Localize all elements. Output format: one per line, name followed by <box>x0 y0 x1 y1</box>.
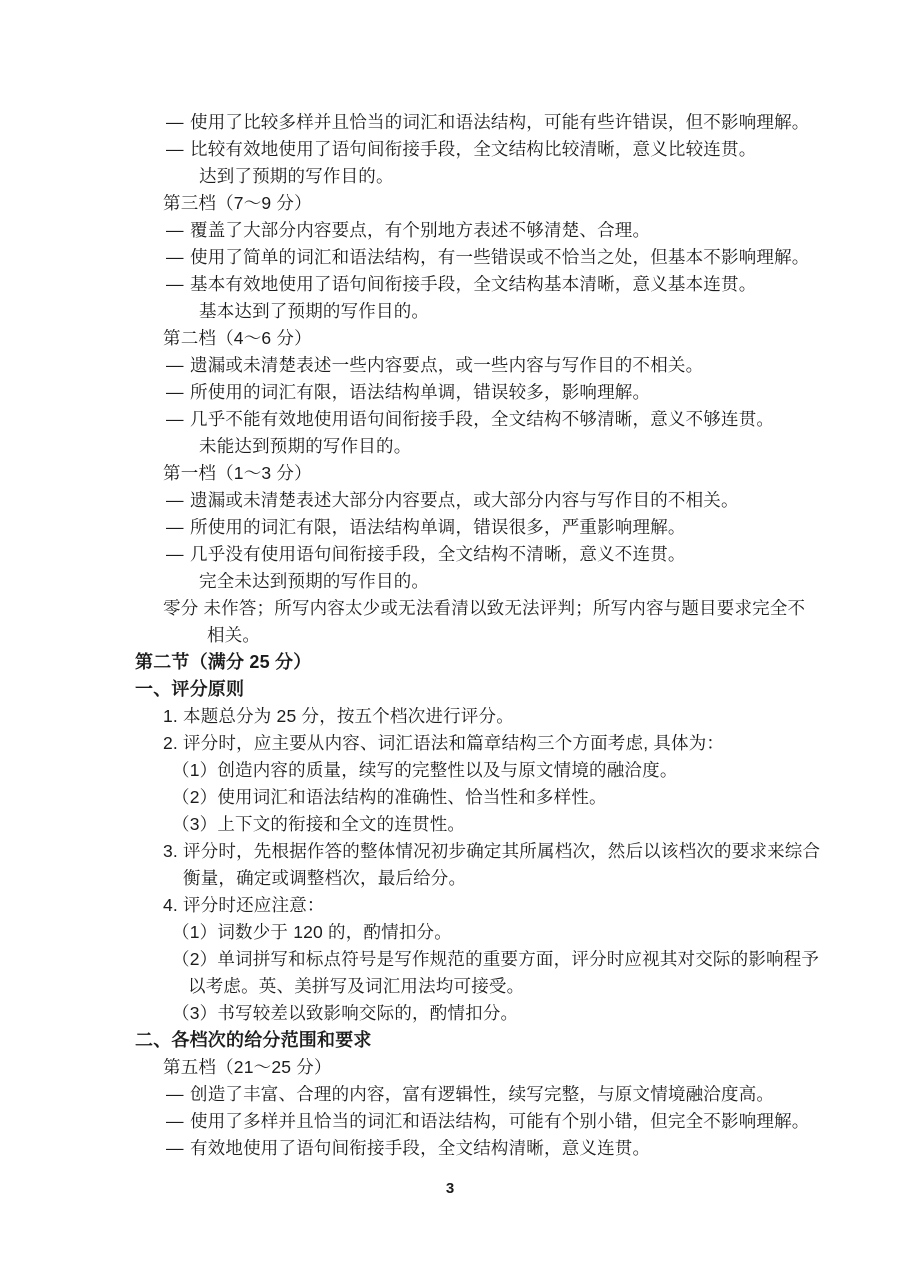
document-body: —使用了比较多样并且恰当的词汇和语法结构，可能有些许错误，但不影响理解。—比较有… <box>0 109 900 1162</box>
bullet-item: —所使用的词汇有限，语法结构单调，错误较多，影响理解。 <box>0 379 900 406</box>
line-text: 所使用的词汇有限，语法结构单调，错误很多，严重影响理解。 <box>190 517 686 537</box>
continuation-line: 未能达到预期的写作目的。 <box>0 433 900 460</box>
line-text: 有效地使用了语句间衔接手段，全文结构清晰，意义连贯。 <box>190 1138 650 1158</box>
paren-item: （1）创造内容的质量，续写的完整性以及与原文情境的融洽度。 <box>0 757 900 784</box>
line-text: 评分时，先根据作答的整体情况初步确定其所属档次，然后以该档次的要求来综合 <box>183 841 820 861</box>
continuation-line: 完全未达到预期的写作目的。 <box>0 568 900 595</box>
continuation-line: 达到了预期的写作目的。 <box>0 163 900 190</box>
dash-bullet-icon: — <box>166 1135 190 1162</box>
band-header: 第三档（7～9 分） <box>0 190 900 217</box>
line-text: 基本有效地使用了语句间衔接手段，全文结构基本清晰，意义基本连贯。 <box>190 274 756 294</box>
line-text: 使用了比较多样并且恰当的词汇和语法结构，可能有些许错误，但不影响理解。 <box>190 112 810 132</box>
line-text: 使用了简单的词汇和语法结构，有一些错误或不恰当之处，但基本不影响理解。 <box>190 247 810 267</box>
dash-bullet-icon: — <box>166 109 190 136</box>
bullet-item: —几乎不能有效地使用语句间衔接手段，全文结构不够清晰，意义不够连贯。 <box>0 406 900 433</box>
bullet-item: —几乎没有使用语句间衔接手段，全文结构不清晰，意义不连贯。 <box>0 541 900 568</box>
line-text: 比较有效地使用了语句间衔接手段，全文结构比较清晰，意义比较连贯。 <box>190 139 756 159</box>
continuation-line: 相关。 <box>0 622 900 649</box>
item-number: 2. <box>163 730 183 757</box>
page-number: 3 <box>0 1175 900 1202</box>
numbered-item: 1.本题总分为 25 分，按五个档次进行评分。 <box>0 703 900 730</box>
dash-bullet-icon: — <box>166 514 190 541</box>
item-number: 1. <box>163 703 183 730</box>
continuation-line: 基本达到了预期的写作目的。 <box>0 298 900 325</box>
bullet-item: —有效地使用了语句间衔接手段，全文结构清晰，意义连贯。 <box>0 1135 900 1162</box>
line-text: 几乎不能有效地使用语句间衔接手段，全文结构不够清晰，意义不够连贯。 <box>190 409 774 429</box>
dash-bullet-icon: — <box>166 271 190 298</box>
dash-bullet-icon: — <box>166 541 190 568</box>
bullet-item: —比较有效地使用了语句间衔接手段，全文结构比较清晰，意义比较连贯。 <box>0 136 900 163</box>
paren-item: （1）词数少于 120 的，酌情扣分。 <box>0 919 900 946</box>
line-text: 遗漏或未清楚表述大部分内容要点，或大部分内容与写作目的不相关。 <box>190 490 739 510</box>
dash-bullet-icon: — <box>166 136 190 163</box>
band-header: 第五档（21～25 分） <box>0 1054 900 1081</box>
numbered-item: 2.评分时，应主要从内容、词汇语法和篇章结构三个方面考虑, 具体为： <box>0 730 900 757</box>
band-header: 零分 未作答；所写内容太少或无法看清以致无法评判；所写内容与题目要求完全不 <box>0 595 900 622</box>
line-text: 创造了丰富、合理的内容，富有逻辑性，续写完整，与原文情境融洽度高。 <box>190 1084 774 1104</box>
line-text: 评分时，应主要从内容、词汇语法和篇章结构三个方面考虑, 具体为： <box>183 733 724 753</box>
bullet-item: —创造了丰富、合理的内容，富有逻辑性，续写完整，与原文情境融洽度高。 <box>0 1081 900 1108</box>
dash-bullet-icon: — <box>166 1108 190 1135</box>
paren-item: （2）单词拼写和标点符号是写作规范的重要方面，评分时应视其对交际的影响程予 <box>0 946 900 973</box>
dash-bullet-icon: — <box>166 244 190 271</box>
line-text: 本题总分为 25 分，按五个档次进行评分。 <box>183 706 514 726</box>
dash-bullet-icon: — <box>166 379 190 406</box>
paren-item: （3）上下文的衔接和全文的连贯性。 <box>0 811 900 838</box>
item-number: 4. <box>163 892 183 919</box>
bullet-item: —所使用的词汇有限，语法结构单调，错误很多，严重影响理解。 <box>0 514 900 541</box>
document-page: —使用了比较多样并且恰当的词汇和语法结构，可能有些许错误，但不影响理解。—比较有… <box>0 0 900 1273</box>
line-text: 所使用的词汇有限，语法结构单调，错误较多，影响理解。 <box>190 382 650 402</box>
continuation-line: 衡量，确定或调整档次，最后给分。 <box>0 865 900 892</box>
band-header: 第二档（4～6 分） <box>0 325 900 352</box>
dash-bullet-icon: — <box>166 217 190 244</box>
bullet-item: —使用了多样并且恰当的词汇和语法结构，可能有个别小错，但完全不影响理解。 <box>0 1108 900 1135</box>
bullet-item: —覆盖了大部分内容要点，有个别地方表述不够清楚、合理。 <box>0 217 900 244</box>
line-text: 几乎没有使用语句间衔接手段，全文结构不清晰，意义不连贯。 <box>190 544 686 564</box>
bullet-item: —基本有效地使用了语句间衔接手段，全文结构基本清晰，意义基本连贯。 <box>0 271 900 298</box>
section-header: 二、各档次的给分范围和要求 <box>0 1027 900 1054</box>
line-text: 使用了多样并且恰当的词汇和语法结构，可能有个别小错，但完全不影响理解。 <box>190 1111 810 1131</box>
numbered-item: 3.评分时，先根据作答的整体情况初步确定其所属档次，然后以该档次的要求来综合 <box>0 838 900 865</box>
paren-item: （2）使用词汇和语法结构的准确性、恰当性和多样性。 <box>0 784 900 811</box>
bullet-item: —使用了比较多样并且恰当的词汇和语法结构，可能有些许错误，但不影响理解。 <box>0 109 900 136</box>
dash-bullet-icon: — <box>166 406 190 433</box>
dash-bullet-icon: — <box>166 352 190 379</box>
band-header: 第一档（1～3 分） <box>0 460 900 487</box>
bullet-item: —遗漏或未清楚表述大部分内容要点，或大部分内容与写作目的不相关。 <box>0 487 900 514</box>
paren-item: （3）书写较差以致影响交际的，酌情扣分。 <box>0 1000 900 1027</box>
numbered-item: 4.评分时还应注意： <box>0 892 900 919</box>
line-text: 覆盖了大部分内容要点，有个别地方表述不够清楚、合理。 <box>190 220 650 240</box>
dash-bullet-icon: — <box>166 1081 190 1108</box>
line-text: 遗漏或未清楚表述一些内容要点，或一些内容与写作目的不相关。 <box>190 355 703 375</box>
dash-bullet-icon: — <box>166 487 190 514</box>
continuation-line: 以考虑。英、美拼写及词汇用法均可接受。 <box>0 973 900 1000</box>
section-header: 一、评分原则 <box>0 676 900 703</box>
section-header: 第二节（满分 25 分） <box>0 649 900 676</box>
line-text: 评分时还应注意： <box>183 895 325 915</box>
bullet-item: —使用了简单的词汇和语法结构，有一些错误或不恰当之处，但基本不影响理解。 <box>0 244 900 271</box>
item-number: 3. <box>163 838 183 865</box>
bullet-item: —遗漏或未清楚表述一些内容要点，或一些内容与写作目的不相关。 <box>0 352 900 379</box>
